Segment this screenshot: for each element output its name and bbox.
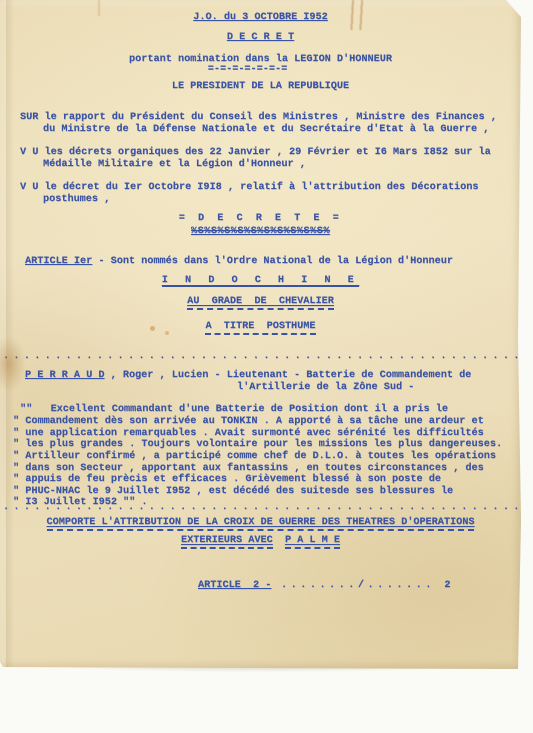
citation-line: " Commandement dès son arrivée au TONKIN… [13, 416, 484, 428]
recipient-details: , Roger , Lucien - Lieutenant - Batterie… [104, 370, 471, 381]
decret-title-text: D E C R E T [227, 32, 294, 43]
posthume-heading-text: A TITRE POSTHUME [205, 321, 315, 335]
decrete-heading: = D E C R E T E = [0, 213, 521, 225]
sur-rapport-line-1: SUR le rapport du Président du Conseil d… [20, 112, 497, 124]
vu-decret-1918-line-1: V U le décret du Ier Octobre I9I8 , rela… [20, 182, 479, 194]
decrete-chain-decoration: %S%S%S%S%S%S%S%S%S%S% [0, 226, 521, 238]
article-2-line: ARTICLE 2 - ......../....... 2 [198, 580, 454, 592]
posthume-heading: A TITRE POSTHUME [0, 321, 521, 333]
decrete-chain-text: %S%S%S%S%S%S%S%S%S%S% [191, 226, 330, 237]
decret-title: D E C R E T [0, 32, 521, 44]
article-1-label: ARTICLE Ier [25, 256, 92, 267]
journal-date-text: J.O. du 3 OCTOBRE I952 [193, 12, 328, 23]
vu-decret-1918-line-2: posthumes , [43, 194, 110, 206]
dotted-separator-top: ........................................… [3, 351, 518, 363]
stain-left-edge [0, 336, 26, 392]
citation-line: " Artilleur confirmé , a participé comme… [13, 451, 496, 463]
article-1-line: ARTICLE Ier - Sont nommés dans l'Ordre N… [25, 256, 453, 268]
grade-heading-text: AU GRADE DE CHEVALIER [187, 296, 334, 310]
article-1-text: - Sont nommés dans l'Ordre National de l… [92, 256, 453, 267]
vu-decrets-line-2: Médaille Militaire et la Légion d'Honneu… [43, 159, 306, 171]
sur-rapport-line-2: du Ministre de la Défense Nationale et d… [43, 124, 489, 136]
grade-heading: AU GRADE DE CHEVALIER [0, 296, 521, 308]
vu-decrets-line-1: V U les décrets organiques des 22 Janvie… [20, 147, 491, 159]
exterieurs-avec-text: EXTERIEURS AVEC [181, 535, 273, 549]
recipient-name: P E R R A U D [25, 370, 104, 381]
recipient-line-2: l'Artillerie de la Zône Sud - [237, 382, 414, 394]
palme-text: P A L M E [285, 535, 340, 549]
citation-line: " appuis de feu prècis et efficaces . Gr… [13, 474, 441, 486]
dotted-separator-bottom: ........................................… [3, 502, 518, 514]
croix-de-guerre-line-2: EXTERIEURS AVEC P A L M E [0, 535, 521, 547]
president-line: LE PRESIDENT DE LA REPUBLIQUE [0, 81, 521, 93]
region-heading: I N D O C H I N E [0, 275, 521, 287]
journal-date-line: J.O. du 3 OCTOBRE I952 [0, 12, 521, 24]
croix-de-guerre-text: COMPORTE L'ATTRIBUTION DE LA CROIX DE GU… [47, 517, 475, 531]
citation-line: "" Excellent Commandant d'une Batterie d… [20, 404, 448, 416]
spacer [273, 535, 285, 546]
region-heading-text: I N D O C H I N E [162, 275, 359, 287]
citation-line: " les plus grandes . Toujours volontaire… [13, 439, 502, 451]
article-2-label: ARTICLE 2 - [198, 580, 271, 591]
document-page: J.O. du 3 OCTOBRE I952 D E C R E T porta… [0, 0, 521, 669]
paper-crease [6, 0, 14, 669]
recipient-line-1: P E R R A U D , Roger , Lucien - Lieuten… [25, 370, 471, 382]
article-2-continuation-dots: ......../....... 2 [271, 580, 454, 591]
subtitle-decoration: =-=-=-=-=-=-= [0, 64, 508, 76]
croix-de-guerre-line-1: COMPORTE L'ATTRIBUTION DE LA CROIX DE GU… [0, 517, 521, 529]
